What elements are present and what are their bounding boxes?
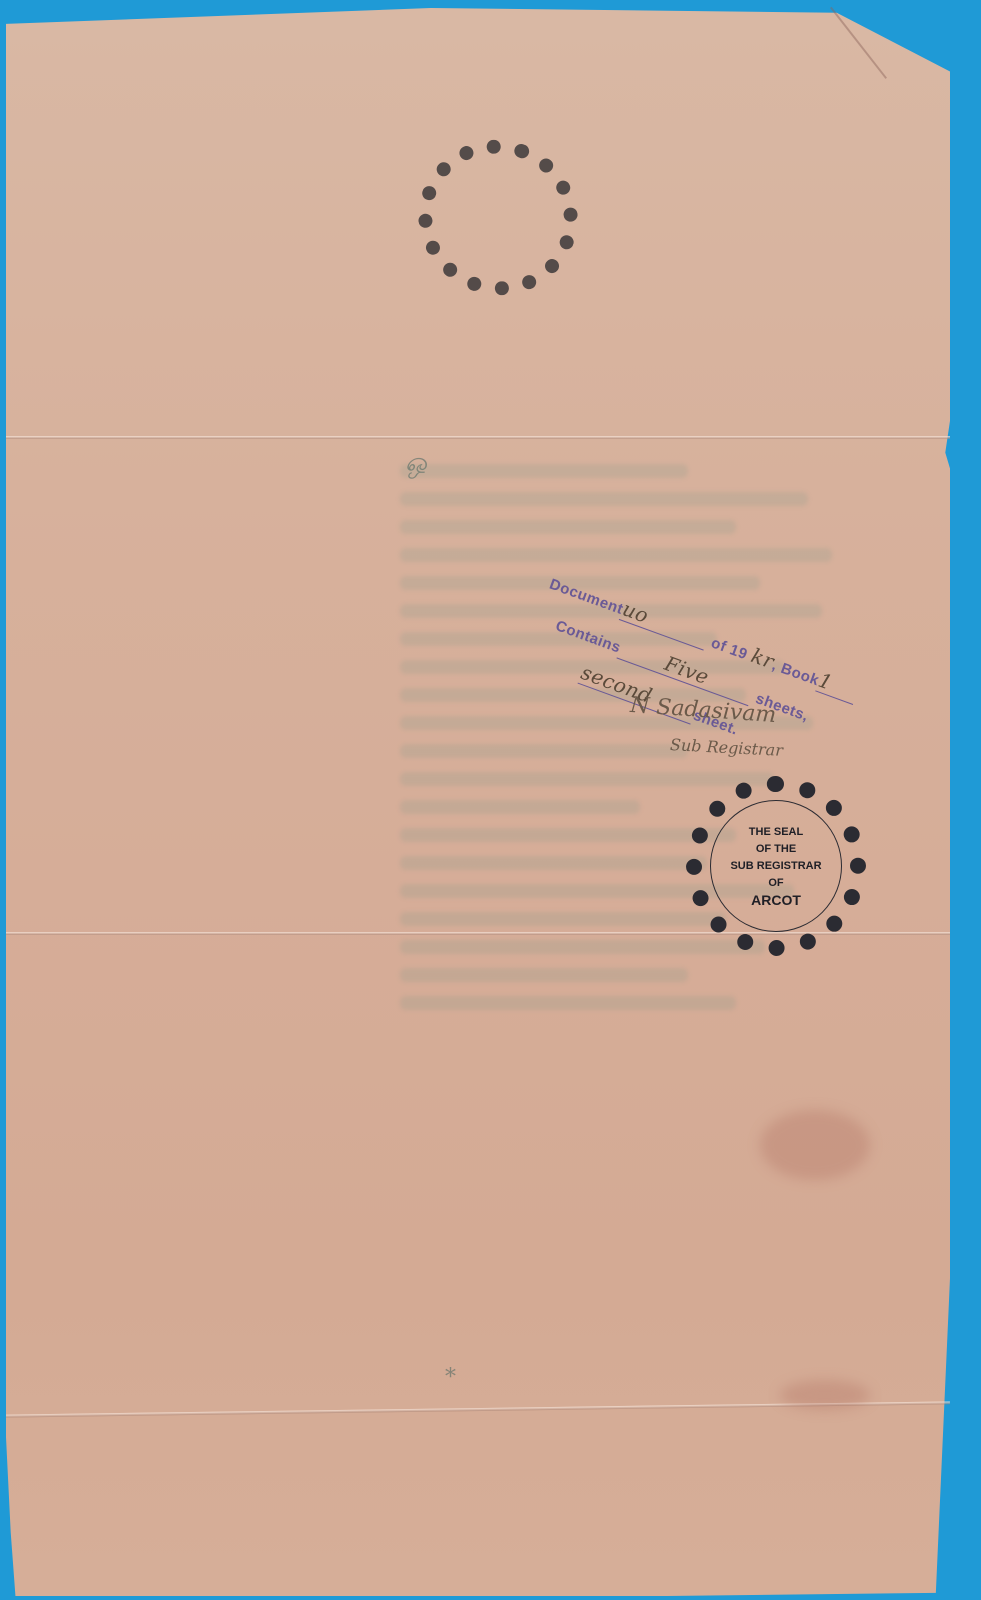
marginal-mark: ஒ [405,448,427,481]
book-label: Book [779,660,822,689]
seal-line: OF THE [756,841,796,858]
seal-line: SUB REGISTRAR [730,858,821,875]
seal-line: OF [768,875,783,892]
seal-line: ARCOT [751,892,801,909]
seal-line: THE SEAL [749,824,803,841]
bottom-mark: * [445,1365,456,1390]
fold-line-1 [6,436,950,439]
year-label: of 19 [709,634,750,663]
sub-registrar-seal: THE SEAL OF THE SUB REGISTRAR OF ARCOT [686,776,866,956]
contains-label: Contains [553,617,623,656]
sheets-value: Five [661,651,712,689]
